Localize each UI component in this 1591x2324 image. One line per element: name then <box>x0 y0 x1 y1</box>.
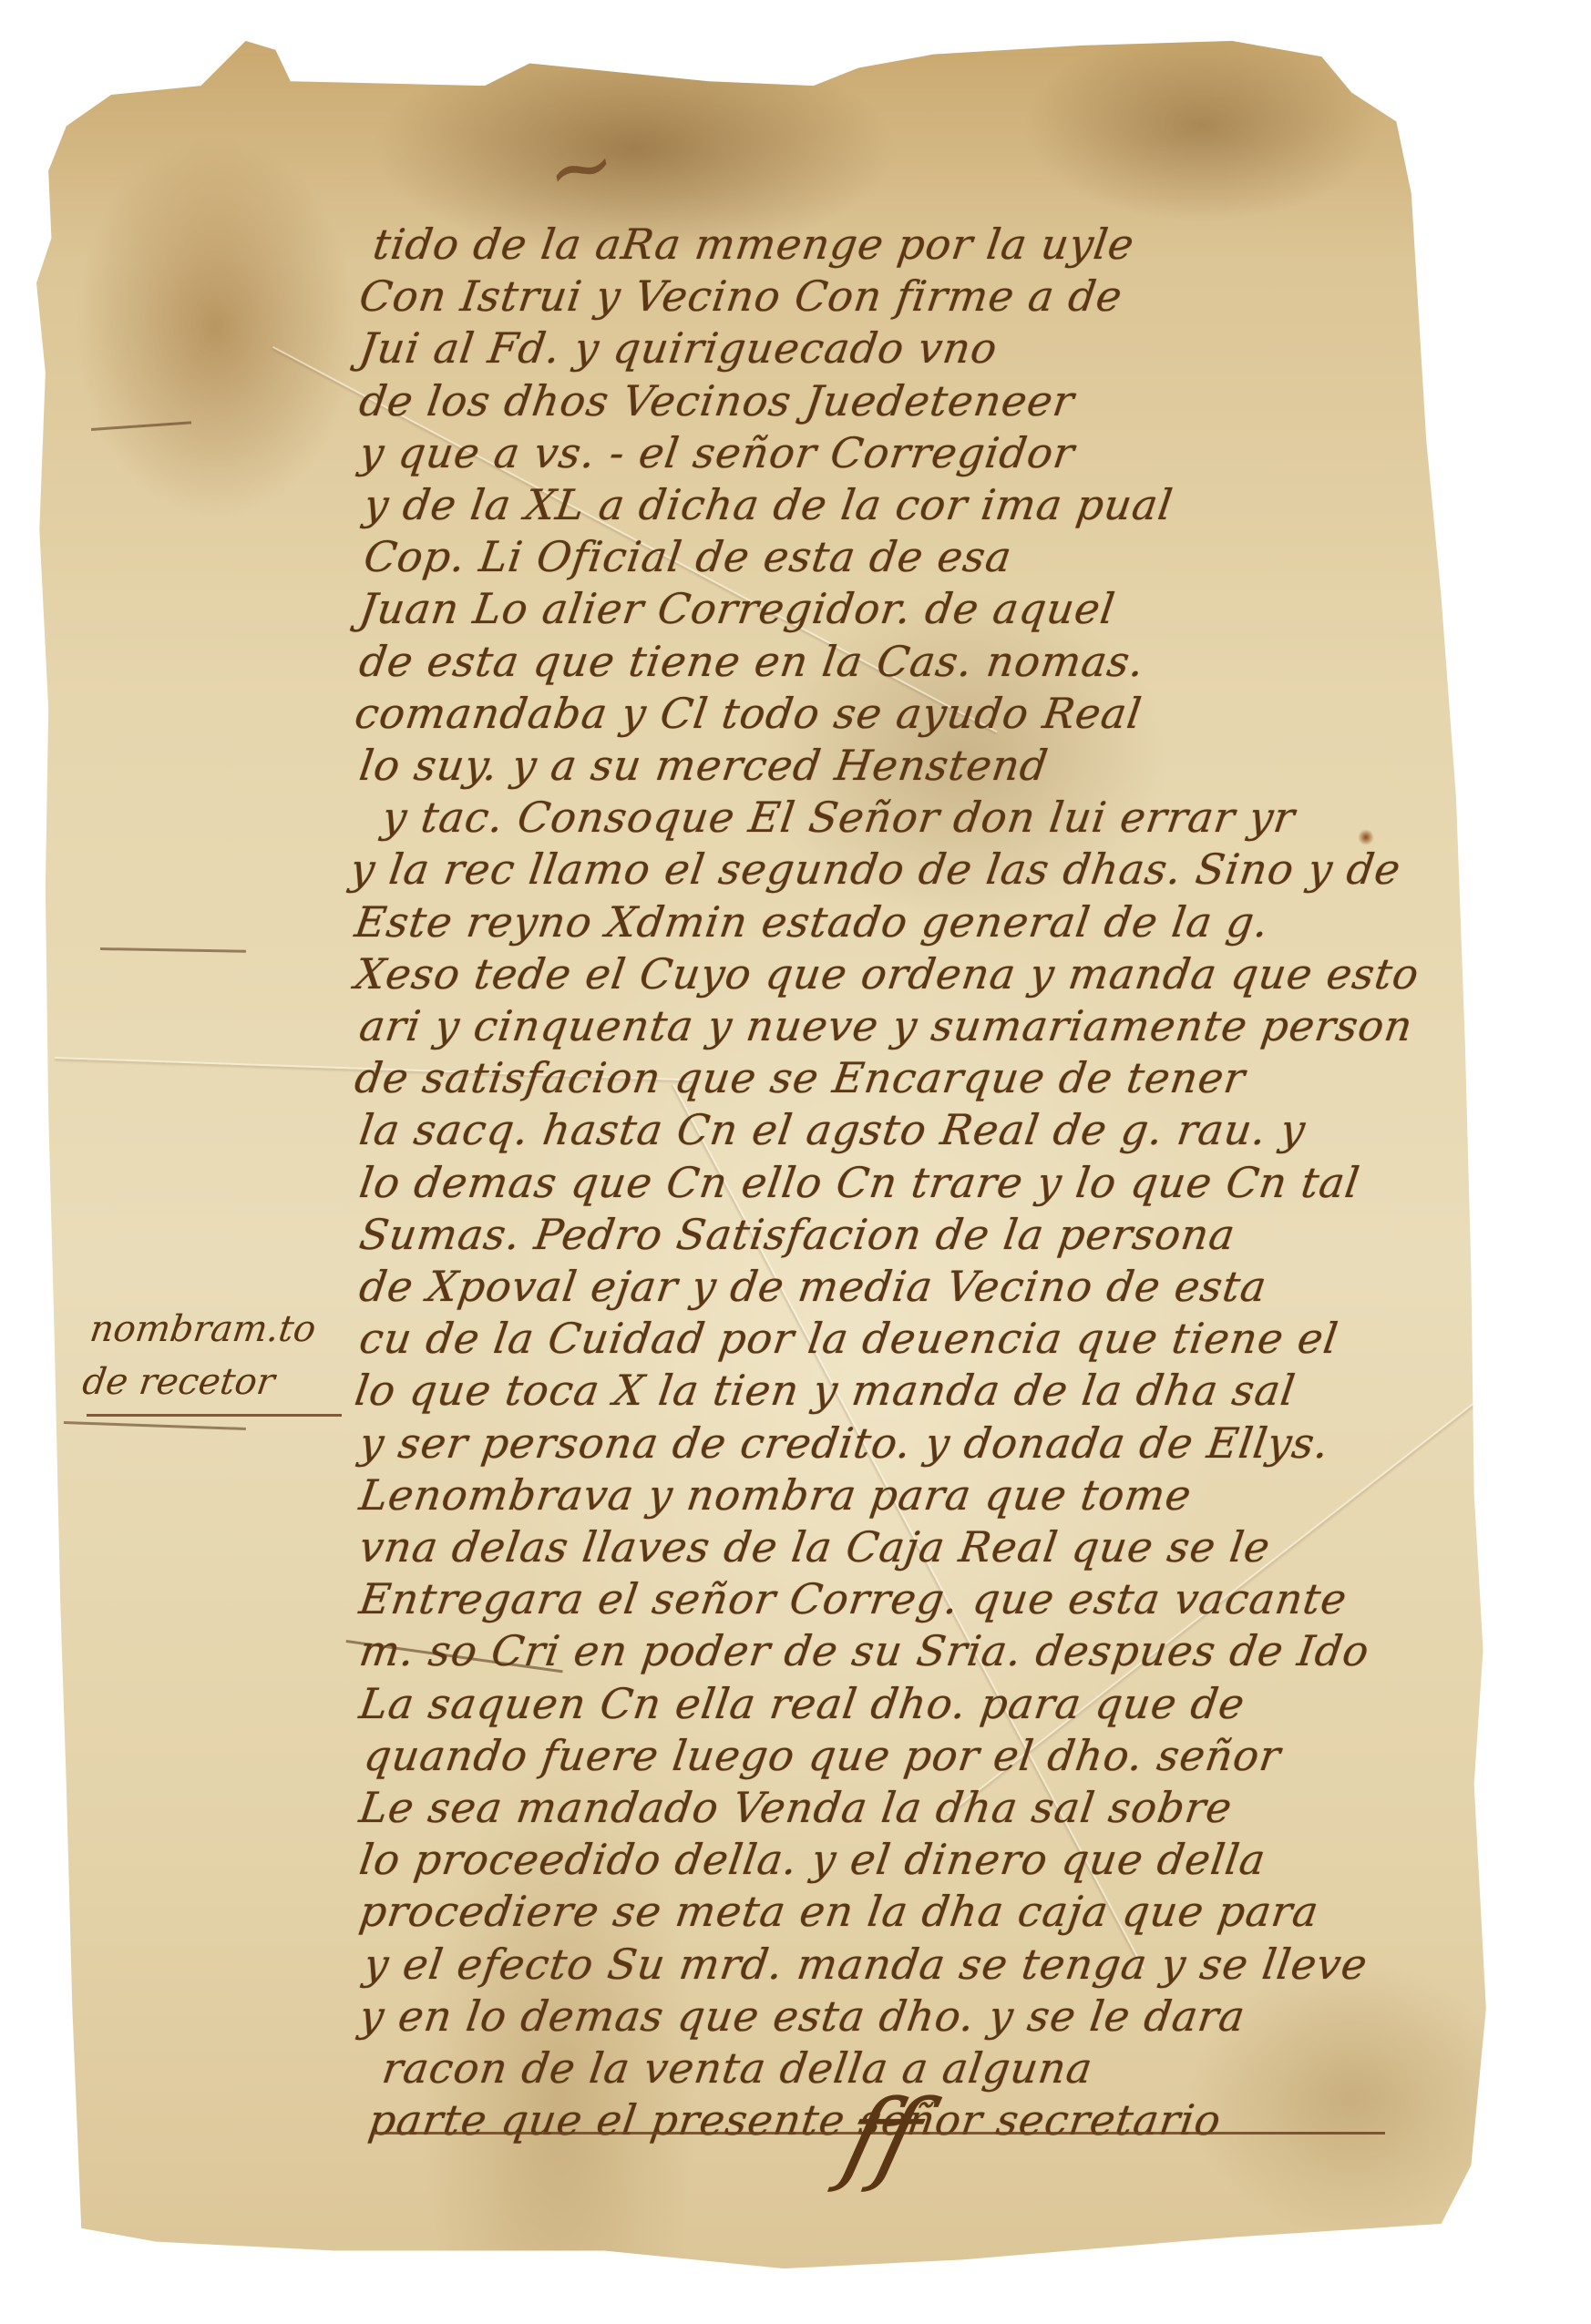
manuscript-line: y tac. Consoque El Señor don lui errar y… <box>380 796 1298 838</box>
margin-note-line: de recetor <box>79 1356 312 1408</box>
manuscript-line: lo proceedido della. y el dinero que del… <box>357 1838 1268 1880</box>
manuscript-line: de Xpoval ejar y de media Vecino de esta <box>357 1265 1270 1307</box>
ink-spot <box>1474 437 1491 454</box>
manuscript-line: m. so Cri en poder de su Sria. despues d… <box>357 1630 1372 1672</box>
manuscript-line: lo suy. y a su merced Henstend <box>357 744 1052 786</box>
manuscript-line: Le sea mandado Venda la dha sal sobre <box>357 1787 1236 1828</box>
margin-note-line: nombram.to <box>87 1303 319 1356</box>
manuscript-line: La saquen Cn ella real dho. para que de <box>357 1683 1247 1725</box>
manuscript-line: de satisfacion que se Encarque de tener <box>353 1057 1248 1099</box>
manuscript-line: Xeso tede el Cuyo que ordena y manda que… <box>353 953 1422 995</box>
manuscript-line: de los dhos Vecinos Juedeteneer <box>357 380 1077 422</box>
margin-rule <box>87 1414 342 1417</box>
tear-crease <box>100 947 246 953</box>
manuscript-line: Entregara el señor Correg. que esta vaca… <box>357 1578 1350 1620</box>
manuscript-line: quando fuere luego que por el dho. señor <box>362 1735 1284 1776</box>
manuscript-line: racon de la venta della a alguna <box>380 2047 1095 2089</box>
manuscript-line: parte que el presente señor secretario <box>366 2099 1224 2141</box>
manuscript-line: lo que toca X la tien y manda de la dha … <box>353 1369 1298 1411</box>
manuscript-line: de esta que tiene en la Cas. nomas. <box>357 640 1147 682</box>
manuscript-line: lo demas que Cn ello Cn trare y lo que C… <box>357 1162 1363 1203</box>
manuscript-line: y ser persona de credito. y donada de El… <box>357 1422 1332 1464</box>
manuscript-line: vna delas llaves de la Caja Real que se … <box>357 1526 1273 1568</box>
manuscript-line: Juan Lo alier Corregidor. de aquel <box>357 588 1118 630</box>
ink-spot <box>1358 829 1374 845</box>
manuscript-line: y en lo demas que esta dho. y se le dara <box>357 1995 1248 2037</box>
manuscript-line: cu de la Cuidad por la deuencia que tien… <box>357 1317 1341 1359</box>
manuscript-line: Sumas. Pedro Satisfacion de la persona <box>357 1213 1238 1255</box>
manuscript-line: Lenombrava y nombra para que tome <box>357 1474 1195 1516</box>
manuscript-line: y el efecto Su mrd. manda se tenga y se … <box>362 1943 1370 1985</box>
manuscript-line: procediere se meta en la dha caja que pa… <box>357 1890 1322 1932</box>
manuscript-line: la sacq. hasta Cn el agsto Real de g. ra… <box>357 1109 1309 1151</box>
tear-crease <box>91 421 191 431</box>
manuscript-line: Jui al Fd. y quiriguecado vno <box>357 327 1001 369</box>
manuscript-line: Con Istrui y Vecino Con firme a de <box>357 275 1125 317</box>
manuscript-line: Cop. Li Oficial de esta de esa <box>362 536 1015 578</box>
manuscript-line: y que a vs. - el señor Corregidor <box>357 432 1078 474</box>
manuscript-line: y la rec llamo el segundo de las dhas. S… <box>348 848 1404 890</box>
tear-crease <box>64 1421 246 1430</box>
manuscript-line: comandaba y Cl todo se ayudo Real <box>353 692 1144 734</box>
margin-note: nombram.to de recetor <box>79 1303 319 1408</box>
manuscript-line: Este reyno Xdmin estado general de la g. <box>353 901 1272 943</box>
manuscript-line: tido de la aRa mmenge por la uyle <box>371 223 1137 265</box>
manuscript-line: y de la XL a dicha de la cor ima pual <box>362 484 1175 526</box>
manuscript-line: ari y cinquenta y nueve y sumariamente p… <box>357 1005 1416 1047</box>
